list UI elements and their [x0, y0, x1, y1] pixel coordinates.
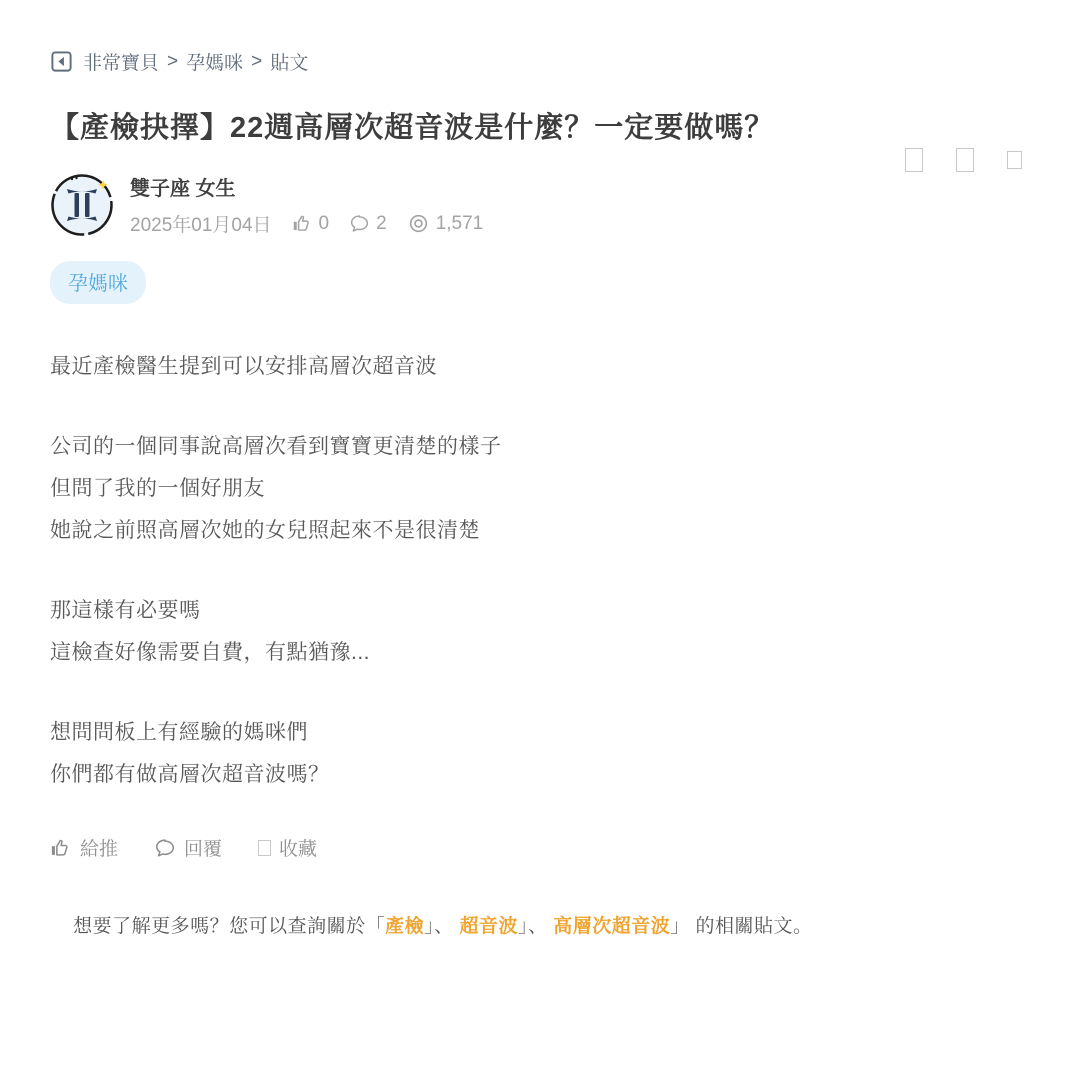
comment-icon: [349, 213, 370, 234]
post-date: 2025年01月04日: [130, 210, 272, 237]
keyword-link[interactable]: 產檢: [385, 916, 424, 937]
avatar[interactable]: [50, 173, 114, 237]
view-count: 1,571: [436, 213, 484, 235]
toolbar-icon-placeholder-3[interactable]: [1007, 151, 1022, 169]
body-line: 她說之前照高層次她的女兒照起來不是很清楚: [50, 510, 1030, 552]
post-body: 最近產檢醫生提到可以安排高層次超音波 公司的一個同事說高層次看到寶寶更清楚的樣子…: [50, 346, 1030, 796]
author-row: 雙子座 女生 2025年01月04日 0 2: [50, 172, 1030, 237]
related-keywords-line: 想要了解更多嗎？您可以查詢關於「產檢」、 超音波」、 高層次超音波」 的相關貼文…: [50, 889, 1030, 960]
eye-icon: [407, 213, 430, 234]
body-line: 公司的一個同事說高層次看到寶寶更清楚的樣子: [50, 426, 1030, 468]
bookmark-button-label: 收藏: [279, 834, 317, 861]
comment-icon: [154, 837, 176, 859]
footer-text: 」 的相關貼文。: [670, 916, 812, 937]
footer-text: 」、: [518, 916, 553, 937]
footer-text: 想要了解更多嗎？您可以查詢關於「: [73, 916, 385, 937]
like-count-stat: 0: [292, 213, 330, 235]
footer-text: 」、: [424, 916, 459, 937]
keyword-link[interactable]: 超音波: [459, 916, 518, 937]
bookmark-button[interactable]: 收藏: [258, 834, 317, 861]
body-line: 最近產檢醫生提到可以安排高層次超音波: [50, 346, 1030, 388]
body-line: 但問了我的一個好朋友: [50, 468, 1030, 510]
body-line: 那這樣有必要嗎: [50, 590, 1030, 632]
breadcrumb-separator: >: [251, 51, 262, 73]
author-name[interactable]: 雙子座 女生: [130, 172, 483, 201]
toolbar-icon-placeholder-2[interactable]: [956, 148, 974, 172]
bookmark-icon-placeholder: [258, 840, 271, 856]
paragraph: 那這樣有必要嗎 這檢查好像需要自費，有點猶豫...: [50, 590, 1030, 674]
action-bar: 給推 回覆 收藏: [50, 834, 1030, 861]
keyword-link[interactable]: 高層次超音波: [553, 916, 670, 937]
breadcrumb-current: 貼文: [270, 48, 308, 75]
paragraph: 最近產檢醫生提到可以安排高層次超音波: [50, 346, 1030, 388]
post-toolbar: [905, 148, 1022, 172]
thumbs-up-icon: [292, 213, 313, 234]
breadcrumb: 非常寶貝 > 孕媽咪 > 貼文: [50, 48, 1030, 75]
back-icon[interactable]: [50, 50, 73, 73]
breadcrumb-separator: >: [167, 51, 178, 73]
paragraph: 公司的一個同事說高層次看到寶寶更清楚的樣子 但問了我的一個好朋友 她說之前照高層…: [50, 426, 1030, 552]
like-button[interactable]: 給推: [50, 834, 118, 861]
reply-button[interactable]: 回覆: [154, 834, 222, 861]
like-button-label: 給推: [80, 834, 118, 861]
breadcrumb-subboard[interactable]: 孕媽咪: [186, 48, 243, 75]
tag-pill[interactable]: 孕媽咪: [50, 261, 146, 304]
like-count: 0: [319, 213, 330, 235]
toolbar-icon-placeholder-1[interactable]: [905, 148, 923, 172]
comment-count: 2: [376, 213, 387, 235]
thumbs-up-icon: [50, 837, 72, 859]
body-line: 想問問板上有經驗的媽咪們: [50, 712, 1030, 754]
reply-button-label: 回覆: [184, 834, 222, 861]
post-title: 【產檢抉擇】22週高層次超音波是什麼？一定要做嗎？: [50, 105, 1030, 146]
body-line: 這檢查好像需要自費，有點猶豫...: [50, 632, 1030, 674]
paragraph: 想問問板上有經驗的媽咪們 你們都有做高層次超音波嗎？: [50, 712, 1030, 796]
breadcrumb-board[interactable]: 非常寶貝: [83, 48, 159, 75]
body-line: 你們都有做高層次超音波嗎？: [50, 754, 1030, 796]
comment-count-stat: 2: [349, 213, 387, 235]
post-page: 非常寶貝 > 孕媽咪 > 貼文 【產檢抉擇】22週高層次超音波是什麼？一定要做嗎…: [0, 0, 1080, 1080]
view-count-stat: 1,571: [407, 213, 484, 235]
